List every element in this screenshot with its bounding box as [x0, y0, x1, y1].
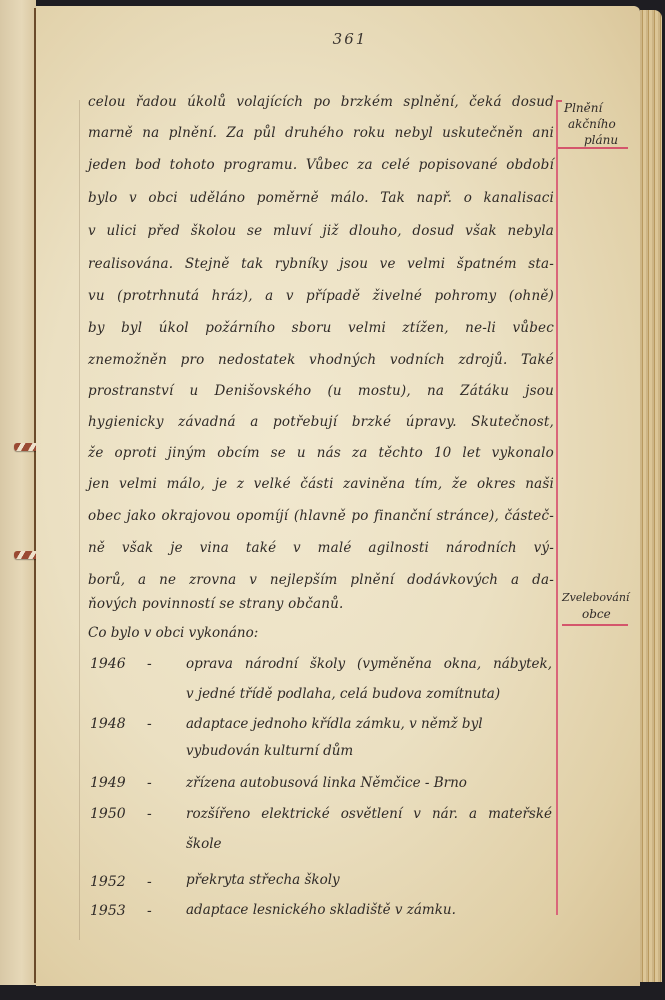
margin-note-line: Zvelebování [562, 590, 632, 606]
text-line: hygienicky závadná a potřebují brzké úpr… [88, 414, 554, 430]
text-line: v ulici před školou se mluví již dlouho,… [88, 223, 554, 239]
text-line: obec jako okrajovou opomíjí (hlavně po f… [88, 508, 554, 524]
list-item-text: vybudován kulturní dům [186, 743, 552, 759]
margin-note-line: plánu [562, 132, 632, 148]
text-line: jeden bod tohoto programu. Vůbec za celé… [88, 157, 554, 173]
text-line: borů, a ne zrovna v nejlepším plnění dod… [88, 572, 554, 588]
page-stack-edge [640, 10, 662, 982]
list-item-text: adaptace jednoho křídla zámku, v němž by… [186, 716, 552, 732]
margin-note-line: Plnění [562, 100, 632, 116]
text-line: bylo v obci uděláno poměrně málo. Tak na… [88, 190, 554, 206]
list-item-year: 1953 [90, 903, 126, 919]
text-line: by byl úkol požárního sboru velmi ztížen… [88, 320, 554, 336]
list-item-dash: - [147, 775, 152, 791]
facing-page-edge [0, 0, 36, 985]
list-item-text: oprava národní školy (vyměněna okna, náb… [186, 656, 552, 672]
text-line: vu (protrhnutá hráz), a v případě živeln… [88, 288, 554, 304]
list-item-year: 1948 [90, 716, 126, 732]
list-item-year: 1952 [90, 874, 126, 890]
text-line: celou řadou úkolů volajících po brzkém s… [88, 94, 554, 110]
right-margin-red-rule [556, 100, 558, 915]
list-item-dash: - [147, 656, 152, 672]
list-item-text: rozšířeno elektrické osvětlení v nár. a … [186, 806, 552, 822]
list-item-year: 1950 [90, 806, 126, 822]
list-item-text: adaptace lesnického skladiště v zámku. [186, 902, 552, 918]
margin-note-line: obce [562, 606, 632, 622]
margin-note-underline-2 [562, 624, 628, 626]
list-item-text: překryta střecha školy [186, 872, 552, 888]
text-line: jen velmi málo, je z velké části zaviněn… [88, 476, 554, 492]
text-line: ňových povinností se strany občanů. [88, 596, 554, 612]
text-line: marně na plnění. Za půl druhého roku neb… [88, 125, 554, 141]
list-item-text: škole [186, 836, 552, 852]
list-heading: Co bylo v obci vykonáno: [88, 625, 258, 641]
margin-note-improvement: Zvelebování obce [562, 590, 632, 622]
text-line: že oproti jiným obcím se u nás za těchto… [88, 445, 554, 461]
margin-note-line: akčního [562, 116, 632, 132]
text-line: ně však je vina také v malé agilnosti ná… [88, 540, 554, 556]
margin-note-plan: Plnění akčního plánu [562, 100, 632, 148]
list-item-year: 1946 [90, 656, 126, 672]
list-item-dash: - [147, 903, 152, 919]
text-line: prostranství u Denišovského (u mostu), n… [88, 383, 554, 399]
scanned-book-page: 361 Plnění akčního plánu Zvelebování obc… [0, 0, 665, 1000]
page-number: 361 [320, 30, 380, 48]
text-line: realisována. Stejně tak rybníky jsou ve … [88, 256, 554, 272]
list-item-dash: - [147, 874, 152, 890]
list-item-dash: - [147, 716, 152, 732]
list-item-year: 1949 [90, 775, 126, 791]
left-margin-rule [79, 100, 80, 940]
list-item-text: zřízena autobusová linka Němčice - Brno [186, 775, 552, 791]
list-item-dash: - [147, 806, 152, 822]
list-item-text: v jedné třídě podlaha, celá budova zomít… [186, 686, 552, 702]
text-line: znemožněn pro nedostatek vhodných vodníc… [88, 352, 554, 368]
